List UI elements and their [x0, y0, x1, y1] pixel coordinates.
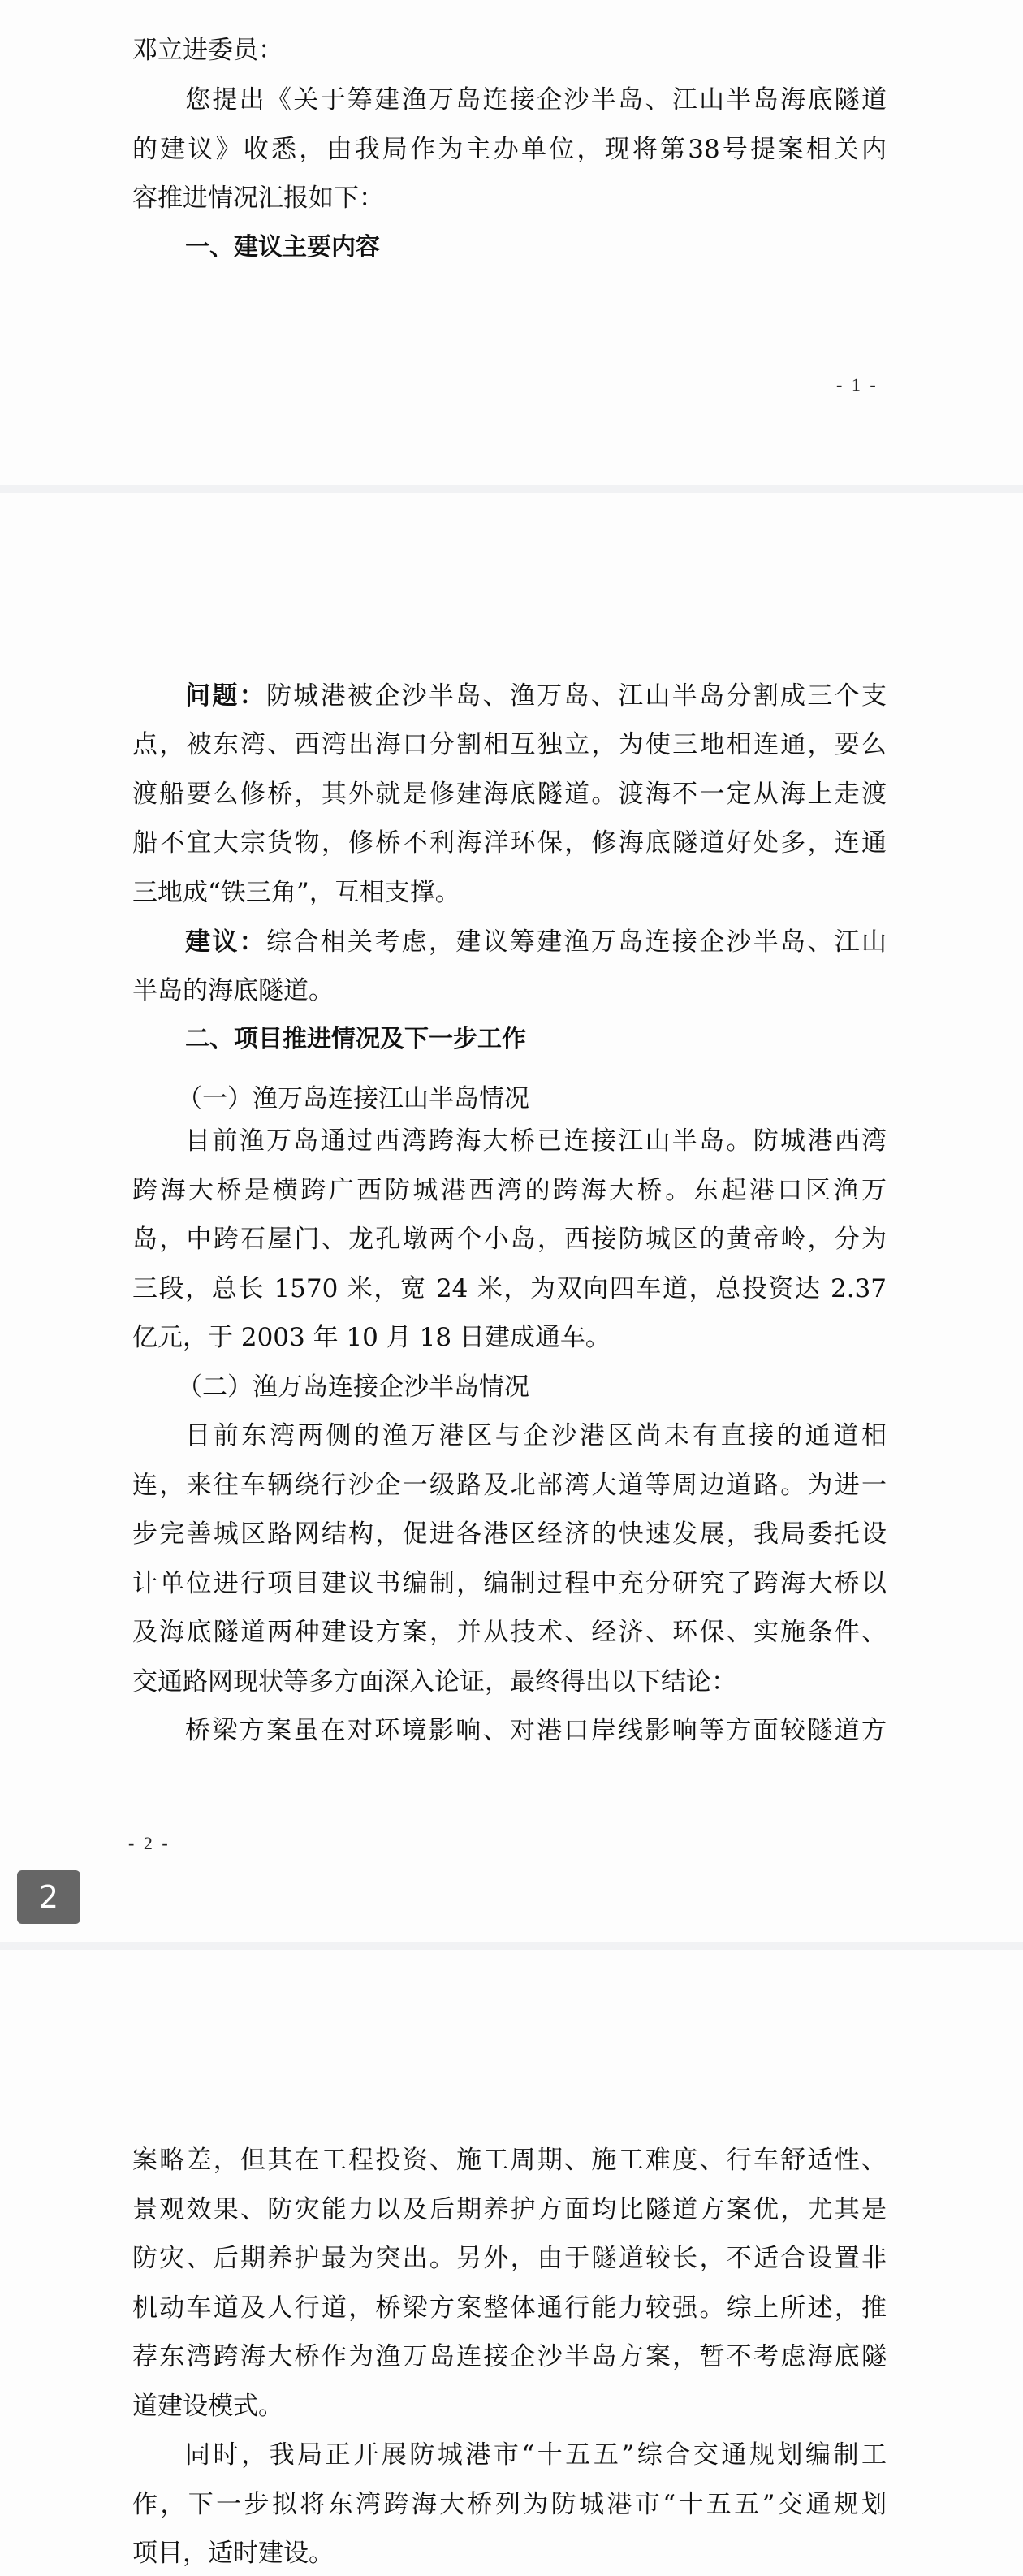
document-page-2: 问题：防城港被企沙半岛、渔万岛、江山半岛分割成三个支 点，被东湾、西湾出海口分割…	[0, 493, 1023, 1942]
paragraph-line: 跨海大桥是横跨广西防城港西湾的跨海大桥。东起港口区渔万	[132, 1174, 887, 1207]
suggestion-text: 综合相关考虑，建议筹建渔万岛连接企沙半岛、江山	[266, 927, 887, 957]
page-indicator-badge: 2	[17, 1870, 80, 1924]
paragraph-line: 桥梁方案虽在对环境影响、对港口岸线影响等方面较隧道方	[185, 1714, 887, 1747]
paragraph-line: 您提出《关于筹建渔万岛连接企沙半岛、江山半岛海底隧道	[185, 84, 887, 116]
paragraph-line: 道建设模式。	[132, 2390, 283, 2423]
paragraph-line: 项目，适时建设。	[132, 2537, 334, 2570]
paragraph-line: 交通路网现状等多方面深入论证，最终得出以下结论：	[132, 1666, 736, 1698]
subsection-heading-1: （一）渔万岛连接江山半岛情况	[177, 1083, 529, 1115]
paragraph-line: 目前渔万岛通过西湾跨海大桥已连接江山半岛。防城港西湾	[185, 1125, 887, 1157]
subsection-heading-2: （二）渔万岛连接企沙半岛情况	[177, 1371, 529, 1403]
paragraph-line: 防灾、后期养护最为突出。另外，由于隧道较长，不适合设置非	[132, 2242, 887, 2275]
paragraph-line: 亿元，于 2003 年 10 月 18 日建成通车。	[132, 1321, 611, 1354]
paragraph-line: 景观效果、防灾能力以及后期养护方面均比隧道方案优，尤其是	[132, 2193, 887, 2226]
paragraph-line: 三段，总长 1570 米，宽 24 米，为双向四车道，总投资达 2.37	[132, 1273, 887, 1305]
page-separator	[0, 485, 1023, 493]
document-page-3: 案略差，但其在工程投资、施工周期、施工难度、行车舒适性、 景观效果、防灾能力以及…	[0, 1950, 1023, 2576]
paragraph-line: 船不宜大宗货物，修桥不利海洋环保，修海底隧道好处多，连通	[132, 827, 887, 859]
section-heading-2: 二、项目推进情况及下一步工作	[185, 1023, 526, 1056]
paragraph-line: 的建议》收悉，由我局作为主办单位，现将第38号提案相关内	[132, 133, 887, 166]
suggestion-paragraph-line: 建议：综合相关考虑，建议筹建渔万岛连接企沙半岛、江山	[185, 926, 887, 958]
paragraph-line: 三地成“铁三角”，互相支撑。	[132, 876, 460, 909]
paragraph-line: 计单位进行项目建议书编制，编制过程中充分研究了跨海大桥以	[132, 1567, 887, 1600]
paragraph-line: 半岛的海底隧道。	[132, 975, 334, 1007]
section-heading-1: 一、建议主要内容	[185, 231, 380, 264]
paragraph-line: 渡船要么修桥，其外就是修建海底隧道。渡海不一定从海上走渡	[132, 778, 887, 810]
paragraph-line: 作，下一步拟将东湾跨海大桥列为防城港市“十五五”交通规划	[132, 2488, 887, 2521]
paragraph-line: 及海底隧道两种建设方案，并从技术、经济、环保、实施条件、	[132, 1616, 887, 1649]
page-number-1: - 1 -	[836, 374, 876, 396]
paragraph-line: 点，被东湾、西湾出海口分割相互独立，为使三地相连通，要么	[132, 728, 887, 761]
paragraph-line: 步完善城区路网结构，促进各港区经济的快速发展，我局委托设	[132, 1518, 887, 1550]
page-number-2: - 2 -	[128, 1832, 168, 1855]
problem-label: 问题：	[185, 681, 266, 711]
problem-text: 防城港被企沙半岛、渔万岛、江山半岛分割成三个支	[266, 681, 887, 711]
paragraph-line: 岛，中跨石屋门、龙孔墩两个小岛，西接防城区的黄帝岭，分为	[132, 1223, 887, 1256]
page-separator	[0, 1942, 1023, 1950]
paragraph-line: 目前东湾两侧的渔万港区与企沙港区尚未有直接的通道相	[185, 1420, 887, 1452]
document-page-1: 邓立进委员： 您提出《关于筹建渔万岛连接企沙半岛、江山半岛海底隧道 的建议》收悉…	[0, 0, 1023, 485]
paragraph-line: 案略差，但其在工程投资、施工周期、施工难度、行车舒适性、	[132, 2144, 887, 2176]
paragraph-line: 机动车道及人行道，桥梁方案整体通行能力较强。综上所述，推	[132, 2292, 887, 2324]
suggestion-label: 建议：	[185, 927, 266, 957]
problem-paragraph-line: 问题：防城港被企沙半岛、渔万岛、江山半岛分割成三个支	[185, 680, 887, 712]
paragraph-line: 连，来往车辆绕行沙企一级路及北部湾大道等周边道路。为进一	[132, 1469, 887, 1502]
salutation: 邓立进委员：	[132, 34, 283, 67]
paragraph-line: 同时，我局正开展防城港市“十五五”综合交通规划编制工	[185, 2439, 887, 2471]
paragraph-line: 荐东湾跨海大桥作为渔万岛连接企沙半岛方案，暂不考虑海底隧	[132, 2340, 887, 2373]
paragraph-line: 容推进情况汇报如下：	[132, 182, 384, 214]
